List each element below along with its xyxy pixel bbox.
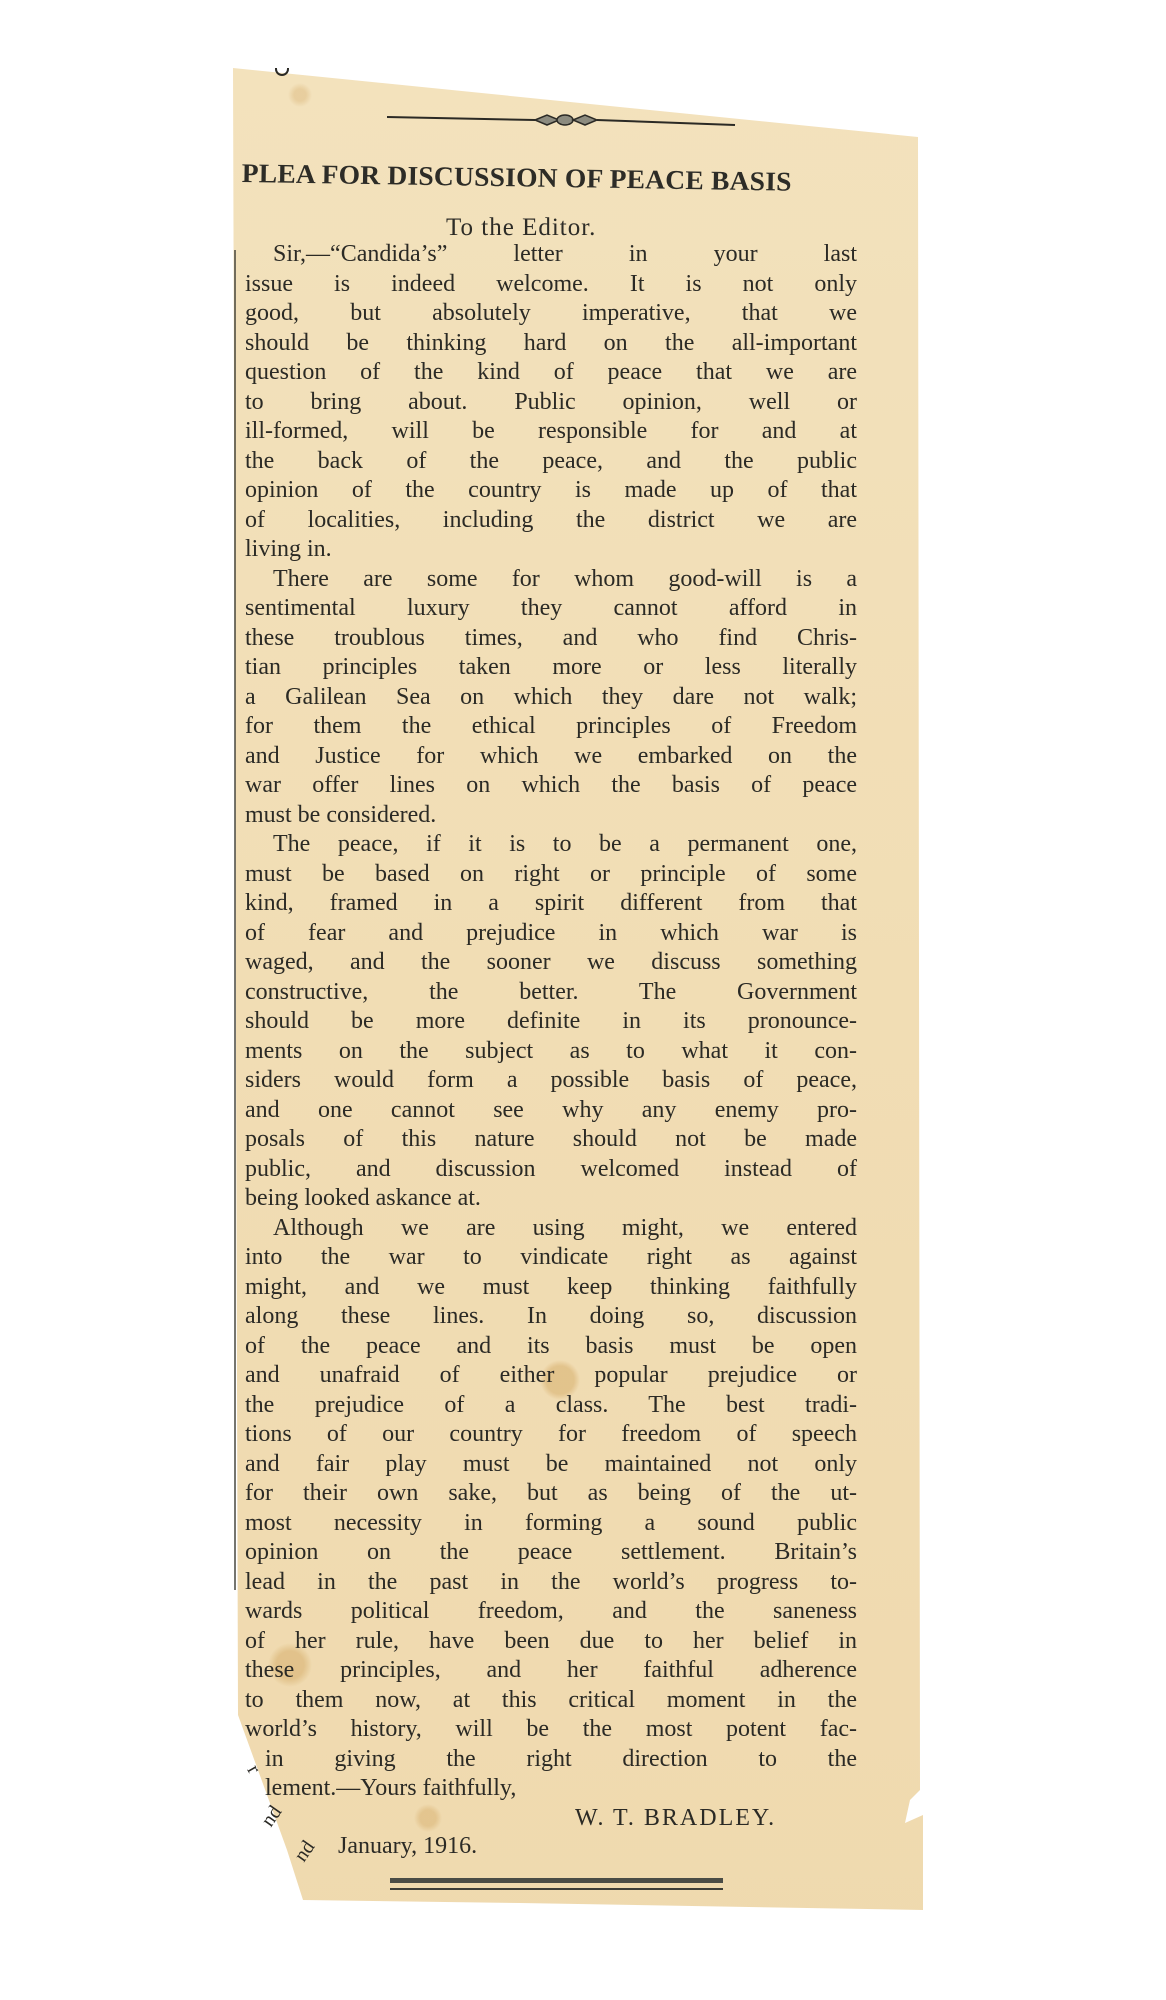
text-line: to them now, at this critical moment in … xyxy=(245,1686,857,1716)
text-line: to bring about. Public opinion, well or xyxy=(245,388,857,418)
text-line: into the war to vindicate right as again… xyxy=(245,1243,857,1273)
text-line: a Galilean Sea on which they dare not wa… xyxy=(245,683,857,713)
text-line: and unafraid of either popular prejudice… xyxy=(245,1361,857,1391)
text-line: ill-formed, will be responsible for and … xyxy=(245,417,857,447)
text-line: Sir,—“Candida’s” letter in your last xyxy=(245,240,857,270)
text-line: the prejudice of a class. The best tradi… xyxy=(245,1391,857,1421)
text-line: and one cannot see why any enemy pro- xyxy=(245,1096,857,1126)
column-rule xyxy=(234,250,236,1590)
text-line: most necessity in forming a sound public xyxy=(245,1509,857,1539)
text-line: might, and we must keep thinking faithfu… xyxy=(245,1273,857,1303)
text-line: question of the kind of peace that we ar… xyxy=(245,358,857,388)
text-line: and Justice for which we embarked on the xyxy=(245,742,857,772)
text-line: of her rule, have been due to her belief… xyxy=(245,1627,857,1657)
text-line: lement.—Yours faithfully, xyxy=(245,1774,857,1804)
signature: W. T. BRADLEY. xyxy=(575,1805,776,1832)
ornamental-rule-icon xyxy=(387,113,737,127)
text-line: for their own sake, but as being of the … xyxy=(245,1479,857,1509)
text-line: sentimental luxury they cannot afford in xyxy=(245,594,857,624)
letter-body: Sir,—“Candida’s” letter in your lastissu… xyxy=(245,240,857,1804)
text-line: tions of our country for freedom of spee… xyxy=(245,1420,857,1450)
text-line: There are some for whom good-will is a xyxy=(245,565,857,595)
text-line: along these lines. In doing so, discussi… xyxy=(245,1302,857,1332)
text-line: opinion of the country is made up of tha… xyxy=(245,476,857,506)
text-line: these troublous times, and who find Chri… xyxy=(245,624,857,654)
text-line: being looked askance at. xyxy=(245,1184,857,1214)
closing-rule-thin xyxy=(390,1888,723,1890)
text-line: Although we are using might, we entered xyxy=(245,1214,857,1244)
text-line: in giving the right direction to the xyxy=(245,1745,857,1775)
date-line: January, 1916. xyxy=(338,1833,477,1860)
text-line: siders would form a possible basis of pe… xyxy=(245,1066,857,1096)
text-line: tian principles taken more or less liter… xyxy=(245,653,857,683)
text-line: lead in the past in the world’s progress… xyxy=(245,1568,857,1598)
text-line: public, and discussion welcomed instead … xyxy=(245,1155,857,1185)
text-line: of fear and prejudice in which war is xyxy=(245,919,857,949)
text-line: world’s history, will be the most potent… xyxy=(245,1715,857,1745)
text-line: wards political freedom, and the sanenes… xyxy=(245,1597,857,1627)
closing-rule-thick xyxy=(390,1878,723,1883)
text-line: The peace, if it is to be a permanent on… xyxy=(245,830,857,860)
text-line: should be thinking hard on the all-impor… xyxy=(245,329,857,359)
text-line: must be considered. xyxy=(245,801,857,831)
text-line: opinion on the peace settlement. Britain… xyxy=(245,1538,857,1568)
text-line: of the peace and its basis must be open xyxy=(245,1332,857,1362)
text-line: living in. xyxy=(245,535,857,565)
text-line: of localities, including the district we… xyxy=(245,506,857,536)
text-line: issue is indeed welcome. It is not only xyxy=(245,270,857,300)
text-line: good, but absolutely imperative, that we xyxy=(245,299,857,329)
salutation-heading: To the Editor. xyxy=(446,214,596,242)
text-line: for them the ethical principles of Freed… xyxy=(245,712,857,742)
text-line: should be more definite in its pronounce… xyxy=(245,1007,857,1037)
text-line: constructive, the better. The Government xyxy=(245,978,857,1008)
text-line: kind, framed in a spirit different from … xyxy=(245,889,857,919)
text-line: must be based on right or principle of s… xyxy=(245,860,857,890)
text-line: war offer lines on which the basis of pe… xyxy=(245,771,857,801)
text-line: these principles, and her faithful adher… xyxy=(245,1656,857,1686)
text-line: and fair play must be maintained not onl… xyxy=(245,1450,857,1480)
text-line: posals of this nature should not be made xyxy=(245,1125,857,1155)
text-line: ments on the subject as to what it con- xyxy=(245,1037,857,1067)
text-line: the back of the peace, and the public xyxy=(245,447,857,477)
text-line: waged, and the sooner we discuss somethi… xyxy=(245,948,857,978)
